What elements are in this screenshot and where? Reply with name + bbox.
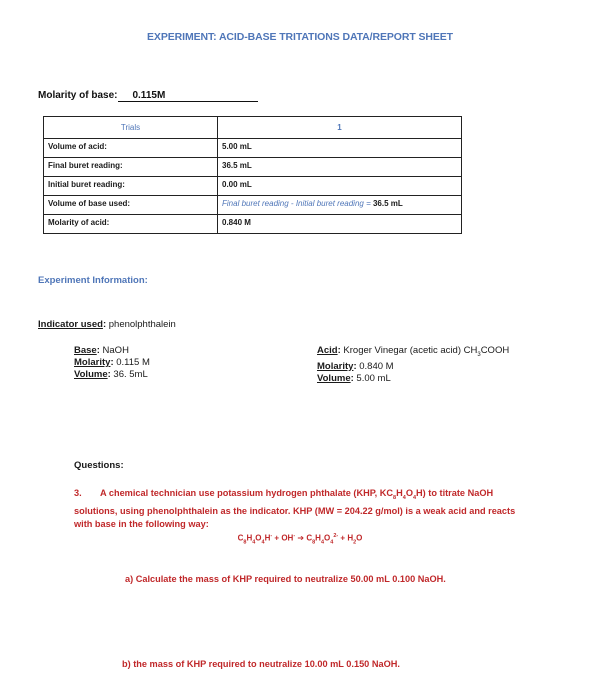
- acid-suffix: COOH: [481, 345, 510, 356]
- acid-molarity-value: 0.840 M: [359, 361, 393, 372]
- table-row: Volume of base used: Final buret reading…: [44, 196, 462, 215]
- volume-formula: Final buret reading - Initial buret read…: [222, 199, 373, 208]
- reaction-equation: C8H4O4H- + OH- ➔ C8H4O42- + H2O: [0, 533, 600, 545]
- base-molarity-value: 0.115 M: [116, 357, 150, 368]
- table-row: Volume of acid: 5.00 mL: [44, 139, 462, 158]
- table-row: Initial buret reading: 0.00 mL: [44, 177, 462, 196]
- experiment-info-heading: Experiment Information:: [38, 275, 148, 286]
- question-part-a: a) Calculate the mass of KHP required to…: [125, 574, 446, 584]
- questions-heading: Questions:: [74, 460, 124, 471]
- row-label: Volume of acid:: [44, 139, 218, 158]
- row-label: Initial buret reading:: [44, 177, 218, 196]
- row-value: 0.840 M: [218, 215, 462, 234]
- table-row: Final buret reading: 36.5 mL: [44, 158, 462, 177]
- indicator-used: Indicator used: phenolphthalein: [38, 319, 176, 330]
- molarity-of-base: Molarity of base:0.115M: [38, 90, 258, 102]
- row-label: Volume of base used:: [44, 196, 218, 215]
- base-molarity-label: Molarity: [74, 357, 110, 368]
- base-label: Base: [74, 345, 97, 356]
- molarity-of-base-label: Molarity of base:: [38, 90, 117, 101]
- volume-base-value: 36.5 mL: [373, 199, 403, 208]
- acid-label: Acid: [317, 345, 338, 356]
- base-value: NaOH: [103, 345, 129, 356]
- header-trial-1: 1: [218, 117, 462, 139]
- trials-table: Trials 1 Volume of acid: 5.00 mL Final b…: [43, 116, 462, 234]
- indicator-label: Indicator used: [38, 319, 103, 330]
- question-number: 3.: [74, 487, 100, 500]
- question-3-text-part1: A chemical technician use potassium hydr…: [100, 488, 393, 498]
- row-value: 0.00 mL: [218, 177, 462, 196]
- row-value: Final buret reading - Initial buret read…: [218, 196, 462, 215]
- indicator-value: phenolphthalein: [109, 319, 176, 330]
- base-info: Base: NaOH Molarity: 0.115 M Volume: 36.…: [74, 345, 150, 381]
- header-trials: Trials: [44, 117, 218, 139]
- molarity-of-base-value: 0.115M: [118, 90, 258, 102]
- row-value: 5.00 mL: [218, 139, 462, 158]
- row-label: Molarity of acid:: [44, 215, 218, 234]
- acid-volume-label: Volume: [317, 373, 351, 384]
- row-label: Final buret reading:: [44, 158, 218, 177]
- row-value: 36.5 mL: [218, 158, 462, 177]
- acid-value: Kroger Vinegar (acetic acid) CH: [343, 345, 477, 356]
- question-3: 3.A chemical technician use potassium hy…: [74, 487, 529, 531]
- base-volume-value: 36. 5mL: [113, 369, 147, 380]
- table-row: Molarity of acid: 0.840 M: [44, 215, 462, 234]
- table-header-row: Trials 1: [44, 117, 462, 139]
- base-volume-label: Volume: [74, 369, 108, 380]
- arrow-icon: ➔: [297, 534, 304, 543]
- acid-info: Acid: Kroger Vinegar (acetic acid) CH3CO…: [317, 345, 509, 385]
- report-title: EXPERIMENT: ACID-BASE TRITATIONS DATA/RE…: [0, 31, 600, 43]
- acid-volume-value: 5.00 mL: [356, 373, 390, 384]
- acid-molarity-label: Molarity: [317, 361, 353, 372]
- question-part-b: b) the mass of KHP required to neutraliz…: [122, 659, 400, 669]
